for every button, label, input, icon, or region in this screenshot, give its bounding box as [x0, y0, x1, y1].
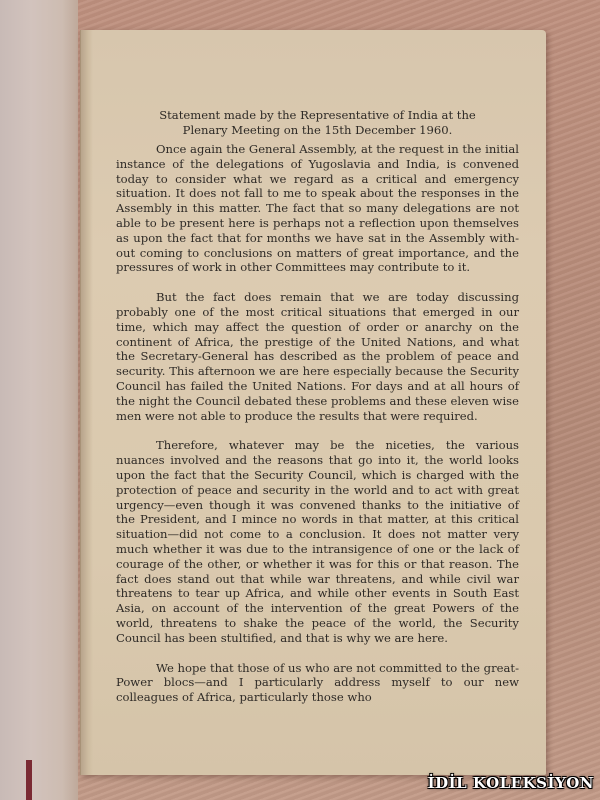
paragraph-1: Once again the General Assembly, at the … [116, 142, 519, 275]
cover-edge [26, 760, 32, 800]
heading-line-1: Statement made by the Representative of … [116, 108, 519, 123]
watermark-label: İDİL KOLEKSİYON [428, 774, 594, 792]
spine-fold [80, 30, 93, 775]
paragraph-4: We hope that those of us who are not com… [116, 661, 519, 705]
page-content: Statement made by the Representative of … [116, 108, 519, 720]
document-heading: Statement made by the Representative of … [116, 108, 519, 138]
previous-page [0, 0, 78, 800]
paragraph-2: But the fact does remain that we are tod… [116, 290, 519, 423]
paragraph-3: Therefore, whatever may be the niceties,… [116, 438, 519, 645]
page: Statement made by the Representative of … [94, 30, 546, 775]
heading-line-2: Plenary Meeting on the 15th December 196… [116, 123, 519, 138]
booklet-page: Statement made by the Representative of … [80, 30, 546, 775]
